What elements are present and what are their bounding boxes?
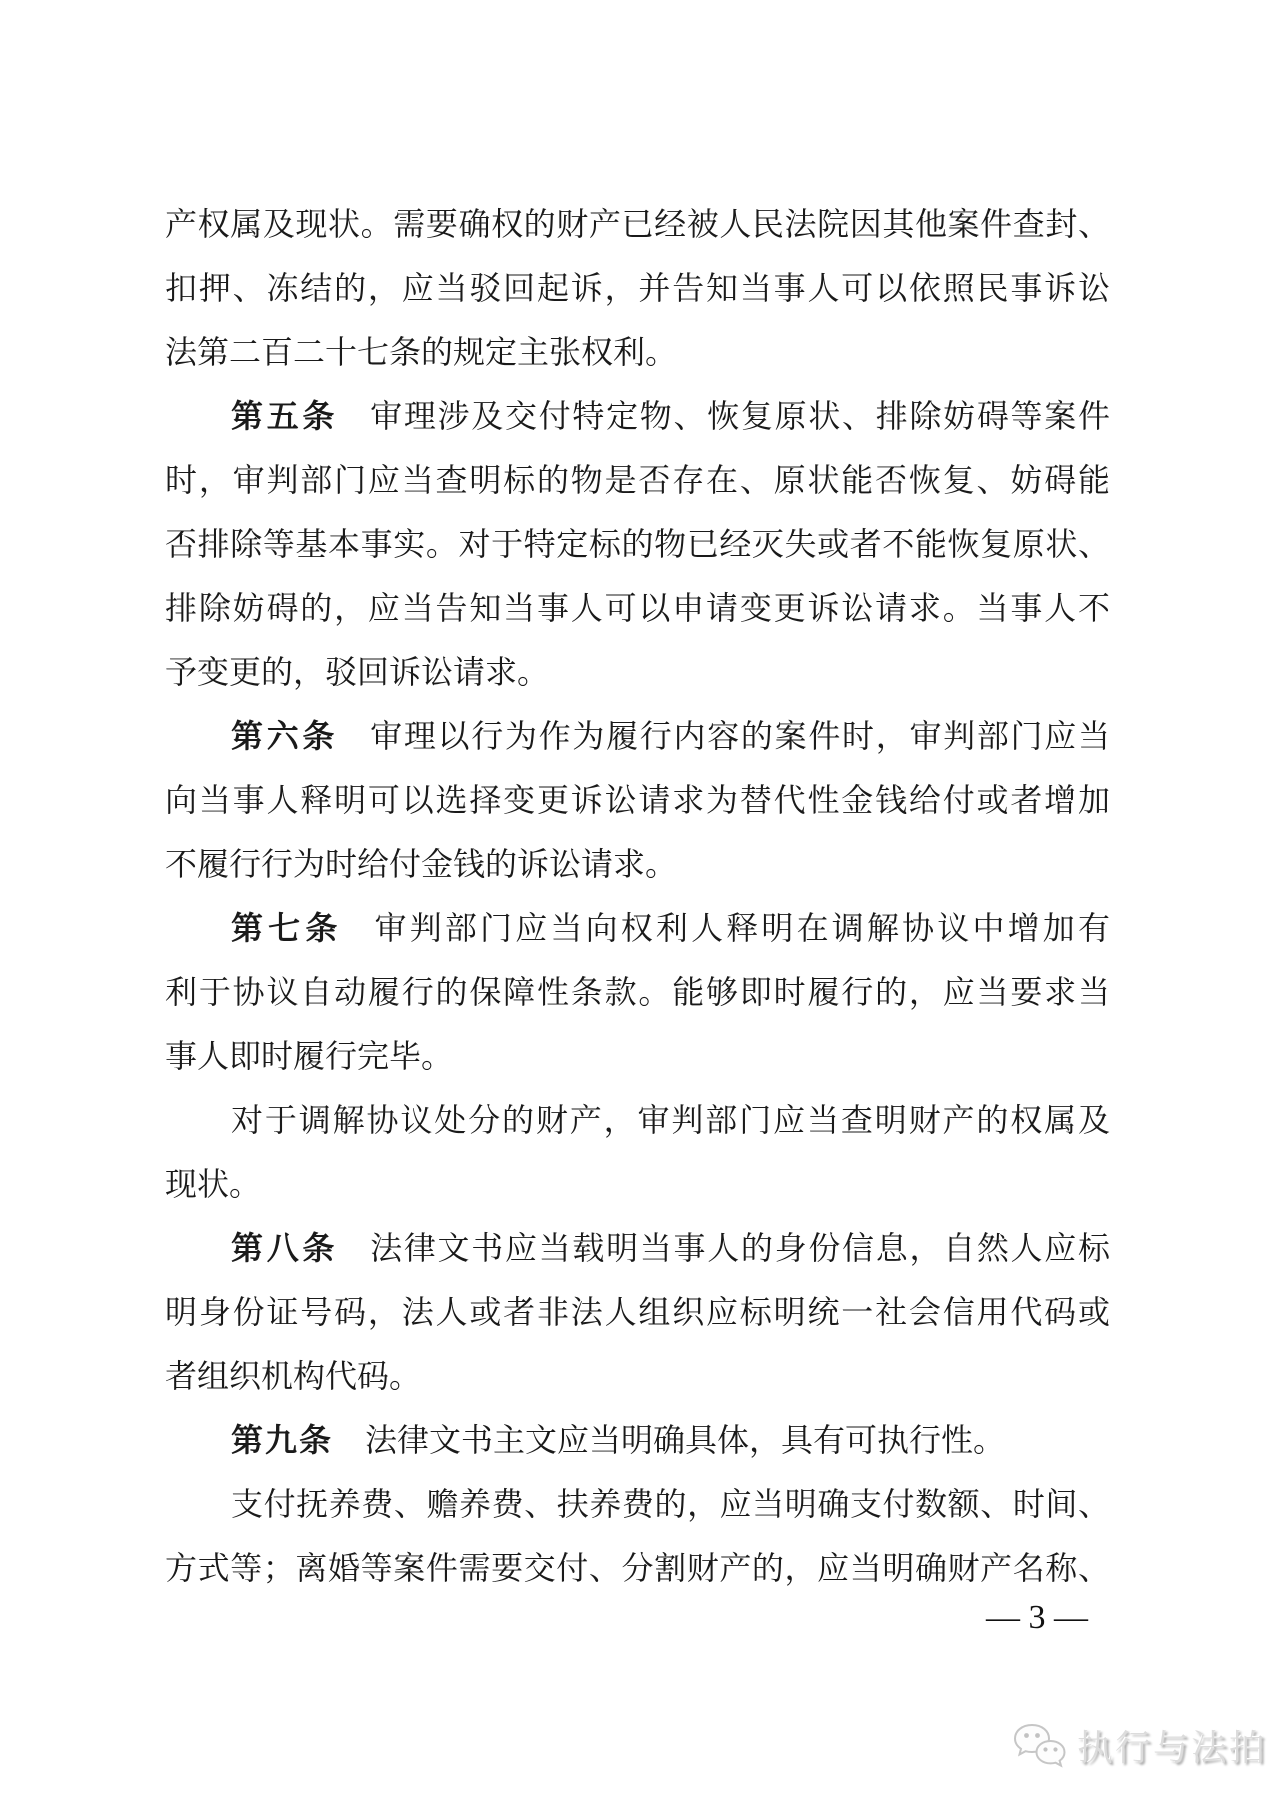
line-text: 向当事人释明可以选择变更诉讼请求为替代性金钱给付或者增加 — [165, 782, 1110, 818]
text-line: 支付抚养费、赡养费、扶养费的，应当明确支付数额、时间、 — [165, 1472, 1110, 1536]
line-text: 不履行行为时给付金钱的诉讼请求。 — [165, 846, 677, 882]
article-number: 第七条 — [231, 910, 343, 946]
text-line: 向当事人释明可以选择变更诉讼请求为替代性金钱给付或者增加 — [165, 768, 1110, 832]
text-line: 对于调解协议处分的财产，审判部门应当查明财产的权属及 — [165, 1088, 1110, 1152]
article-number: 第八条 — [231, 1230, 338, 1266]
text-line: 扣押、冻结的，应当驳回起诉，并告知当事人可以依照民事诉讼 — [165, 256, 1110, 320]
article-number: 第九条 — [231, 1422, 333, 1458]
line-text: 者组织机构代码。 — [165, 1358, 421, 1394]
line-text: 法律文书应当载明当事人的身份信息，自然人应标 — [370, 1230, 1110, 1266]
text-line: 法第二百二十七条的规定主张权利。 — [165, 320, 1110, 384]
line-text: 事人即时履行完毕。 — [165, 1038, 453, 1074]
document-page: { "page": { "number_label": "— 3 —", "ba… — [0, 0, 1280, 1810]
text-line: 第七条审判部门应当向权利人释明在调解协议中增加有 — [165, 896, 1110, 960]
document-body: 产权属及现状。需要确权的财产已经被人民法院因其他案件查封、扣押、冻结的，应当驳回… — [165, 192, 1110, 1600]
watermark-label: 执行与法拍 — [1077, 1722, 1267, 1774]
line-text: 现状。 — [165, 1166, 261, 1202]
article-number: 第六条 — [231, 718, 338, 754]
line-text: 方式等；离婚等案件需要交付、分割财产的，应当明确财产名称、 — [165, 1550, 1110, 1586]
watermark: 执行与法拍 — [1012, 1722, 1267, 1774]
line-text: 明身份证号码，法人或者非法人组织应标明统一社会信用代码或 — [165, 1294, 1110, 1330]
line-text: 利于协议自动履行的保障性条款。能够即时履行的，应当要求当 — [165, 974, 1110, 1010]
line-text: 审理涉及交付特定物、恢复原状、排除妨碍等案件 — [370, 398, 1110, 434]
line-text: 予变更的，驳回诉讼请求。 — [165, 654, 549, 690]
text-line: 排除妨碍的，应当告知当事人可以申请变更诉讼请求。当事人不 — [165, 576, 1110, 640]
text-line: 第六条审理以行为作为履行内容的案件时，审判部门应当 — [165, 704, 1110, 768]
line-text: 对于调解协议处分的财产，审判部门应当查明财产的权属及 — [231, 1102, 1110, 1138]
text-line: 第五条审理涉及交付特定物、恢复原状、排除妨碍等案件 — [165, 384, 1110, 448]
line-text: 审理以行为作为履行内容的案件时，审判部门应当 — [370, 718, 1110, 754]
wechat-icon — [1012, 1722, 1068, 1774]
text-line: 第八条法律文书应当载明当事人的身份信息，自然人应标 — [165, 1216, 1110, 1280]
text-line: 方式等；离婚等案件需要交付、分割财产的，应当明确财产名称、 — [165, 1536, 1110, 1600]
page-number: — 3 — — [986, 1598, 1088, 1638]
text-line: 者组织机构代码。 — [165, 1344, 1110, 1408]
text-line: 事人即时履行完毕。 — [165, 1024, 1110, 1088]
text-line: 予变更的，驳回诉讼请求。 — [165, 640, 1110, 704]
line-text: 时，审判部门应当查明标的物是否存在、原状能否恢复、妨碍能 — [165, 462, 1110, 498]
line-text: 产权属及现状。需要确权的财产已经被人民法院因其他案件查封、 — [165, 206, 1110, 242]
line-text: 否排除等基本事实。对于特定标的物已经灭失或者不能恢复原状、 — [165, 526, 1110, 562]
article-number: 第五条 — [231, 398, 338, 434]
text-line: 否排除等基本事实。对于特定标的物已经灭失或者不能恢复原状、 — [165, 512, 1110, 576]
text-line: 利于协议自动履行的保障性条款。能够即时履行的，应当要求当 — [165, 960, 1110, 1024]
line-text: 审判部门应当向权利人释明在调解协议中增加有 — [375, 910, 1110, 946]
text-line: 明身份证号码，法人或者非法人组织应标明统一社会信用代码或 — [165, 1280, 1110, 1344]
line-text: 支付抚养费、赡养费、扶养费的，应当明确支付数额、时间、 — [231, 1486, 1110, 1522]
text-line: 不履行行为时给付金钱的诉讼请求。 — [165, 832, 1110, 896]
text-line: 产权属及现状。需要确权的财产已经被人民法院因其他案件查封、 — [165, 192, 1110, 256]
text-line: 现状。 — [165, 1152, 1110, 1216]
line-text: 排除妨碍的，应当告知当事人可以申请变更诉讼请求。当事人不 — [165, 590, 1110, 626]
line-text: 法第二百二十七条的规定主张权利。 — [165, 334, 677, 370]
text-line: 时，审判部门应当查明标的物是否存在、原状能否恢复、妨碍能 — [165, 448, 1110, 512]
text-line: 第九条法律文书主文应当明确具体，具有可执行性。 — [165, 1408, 1110, 1472]
line-text: 扣押、冻结的，应当驳回起诉，并告知当事人可以依照民事诉讼 — [165, 270, 1110, 306]
line-text: 法律文书主文应当明确具体，具有可执行性。 — [365, 1422, 1005, 1458]
